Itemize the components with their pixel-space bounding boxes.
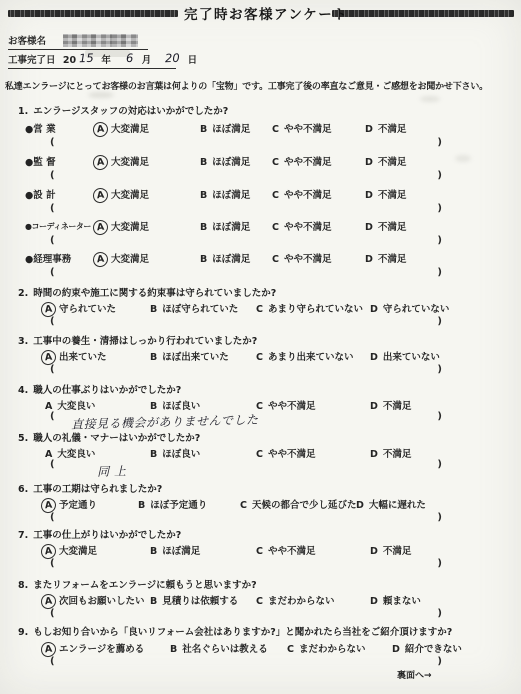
option-key: B	[170, 644, 177, 655]
option-b: Bほぼ出来ていた	[150, 349, 229, 363]
question-text: もしお知り合いから「良いリフォーム会社はありますか?」と聞かれたら当社をご紹介頂…	[33, 627, 452, 638]
option-label: 予定通り	[59, 500, 97, 511]
question-text: またリフォームをエンラージに頼もうと思いますか?	[33, 580, 256, 591]
paren-open: (	[50, 235, 55, 250]
option-b: Bほぼ守られていた	[150, 301, 238, 315]
paren-close: )	[437, 235, 442, 250]
option-label: 社名ぐらいは教える	[182, 644, 268, 655]
question-text: 工事中の養生・清掃はしっかり行われていましたか?	[33, 336, 257, 347]
paren-close: )	[437, 558, 442, 573]
option-key: C	[272, 254, 279, 265]
option-a: A出来ていた	[45, 349, 107, 365]
option-key: C	[256, 352, 263, 363]
option-label: 出来ていた	[59, 352, 107, 363]
option-label: 大変満足	[111, 190, 149, 201]
question-7-heading: 7.工事の仕上がりはいかがでしたか?	[18, 527, 181, 541]
comment-field: ( )	[50, 656, 442, 671]
completion-date-row: 工事完了日 20 15 年 6 月 20 日	[8, 52, 176, 69]
comment-field: ( )	[50, 267, 442, 282]
paren-open: (	[50, 459, 55, 474]
option-key: B	[200, 124, 207, 135]
option-c: Cやや不満足	[272, 154, 332, 168]
option-b: B社名ぐらいは教える	[170, 641, 268, 655]
question-2-options: A守られていた Bほぼ守られていた Cあまり守られていない D守られていない	[0, 301, 521, 316]
completion-date-label: 工事完了日	[8, 55, 56, 66]
answer-circle: A	[92, 187, 108, 203]
date-day-handwritten: 20	[164, 51, 179, 66]
option-a: A大変良い	[45, 398, 95, 412]
title-decorative-bar-right	[332, 10, 514, 17]
paren-close: )	[437, 512, 442, 527]
option-label: やや不満足	[284, 124, 332, 135]
option-a: A大変満足	[97, 219, 149, 235]
option-a: A大変良い	[45, 446, 95, 460]
option-b: Bほぼ予定通り	[138, 497, 207, 511]
option-b: Bほぼ良い	[150, 398, 200, 412]
comment-field: ( )	[50, 137, 442, 152]
option-label: やや不満足	[284, 222, 332, 233]
option-label: やや不満足	[284, 157, 332, 168]
staff-role-label: ●コーディネーター	[25, 221, 91, 232]
option-label: やや不満足	[284, 254, 332, 265]
option-c: Cやや不満足	[272, 187, 332, 201]
paren-close: )	[437, 316, 442, 331]
option-a: A大変満足	[97, 251, 149, 267]
option-label: 次回もお願いしたい	[59, 596, 145, 607]
option-key: B	[200, 157, 207, 168]
comment-field: ( )	[50, 608, 442, 623]
option-label: ほぼ出来ていた	[162, 352, 229, 363]
question-7-options: A大変満足 Bほぼ満足 Cやや不満足 D不満足	[0, 543, 521, 558]
page-title: 完了時お客様アンケート	[184, 3, 348, 23]
date-day-unit: 日	[188, 55, 198, 66]
option-label: ほぼ満足	[212, 254, 250, 265]
q1-row-design: ●設 計 A大変満足 Bほぼ満足 Cやや不満足 D不満足	[0, 187, 521, 202]
comment-field: ( )	[50, 203, 442, 218]
staff-role-label: ●監 督	[25, 154, 56, 168]
paren-open: (	[50, 364, 55, 379]
question-6-options: A予定通り Bほぼ予定通り C天候の都合で少し延びた D大幅に遅れた	[0, 497, 521, 512]
option-b: Bほぼ満足	[200, 251, 250, 265]
option-key: C	[272, 157, 279, 168]
staff-role-label: ●設 計	[25, 187, 56, 201]
comment-field: ( 同 上 )	[50, 459, 442, 474]
staff-role-label: ●営 業	[25, 121, 56, 135]
option-a: A次回もお願いしたい	[45, 593, 145, 609]
option-label: 大変満足	[111, 157, 149, 168]
option-key: B	[200, 190, 207, 201]
option-key: B	[150, 546, 157, 557]
date-month-handwritten: 6	[126, 51, 134, 65]
paren-open: (	[50, 411, 55, 426]
scan-noise	[420, 96, 440, 102]
question-8-options: A次回もお願いしたい B見積りは依頼する Cまだわからない D頼まない	[0, 593, 521, 608]
paren-open: (	[50, 558, 55, 573]
option-label: ほぼ満足	[212, 124, 250, 135]
paren-close: )	[437, 364, 442, 379]
answer-circle: A	[92, 121, 108, 137]
question-text: 工事の工期は守られましたか?	[33, 484, 162, 495]
option-b: Bほぼ満足	[200, 154, 250, 168]
question-number: 5.	[18, 433, 28, 444]
option-label: 見積りは依頼する	[162, 596, 238, 607]
title-decorative-bar-left	[8, 10, 178, 17]
option-key: C	[287, 644, 294, 655]
answer-circle: A	[92, 154, 108, 170]
option-key: C	[272, 190, 279, 201]
paren-open: (	[50, 512, 55, 527]
date-century-printed: 20	[63, 55, 76, 66]
q1-row-coordinator: ●コーディネーター A大変満足 Bほぼ満足 Cやや不満足 D不満足	[0, 219, 521, 234]
option-key: C	[256, 304, 263, 315]
option-label: ほぼ満足	[162, 546, 200, 557]
option-key: B	[150, 304, 157, 315]
option-b: Bほぼ良い	[150, 446, 200, 460]
option-c: Cやや不満足	[272, 219, 332, 233]
option-key: C	[272, 222, 279, 233]
option-key: C	[256, 546, 263, 557]
option-b: Bほぼ満足	[200, 187, 250, 201]
question-text: 工事の仕上がりはいかがでしたか?	[33, 530, 181, 541]
paren-open: (	[50, 203, 55, 218]
option-label: 大変満足	[111, 222, 149, 233]
paren-open: (	[50, 137, 55, 152]
back-page-note: 裏面へ→	[397, 668, 432, 681]
option-label: やや不満足	[268, 546, 316, 557]
comment-field: ( )	[50, 364, 442, 379]
paren-close: )	[437, 656, 442, 671]
option-a: A予定通り	[45, 497, 97, 513]
question-9-options: Aエンラージを薦める B社名ぐらいは教える Cまだわからない D紹介できない	[0, 641, 521, 656]
scanned-survey-document: 完了時お客様アンケート お客様名 工事完了日 20 15 年 6 月 20 日 …	[0, 0, 521, 694]
question-3-heading: 3.工事中の養生・清掃はしっかり行われていましたか?	[18, 333, 257, 347]
option-a: A大変満足	[97, 187, 149, 203]
option-label: 大変満足	[111, 124, 149, 135]
question-2-heading: 2.時間の約束や施工に関する約束事は守られていましたか?	[18, 285, 276, 299]
paren-close: )	[437, 608, 442, 623]
paren-open: (	[50, 316, 55, 331]
question-4-heading: 4.職人の仕事ぶりはいかがでしたか?	[18, 382, 181, 396]
q1-row-accounting: ●経理事務 A大変満足 Bほぼ満足 Cやや不満足 D不満足	[0, 251, 521, 266]
paren-close: )	[437, 267, 442, 282]
option-label: ほぼ満足	[212, 157, 250, 168]
customer-name-row: お客様名	[8, 33, 148, 50]
comment-field: ( )	[50, 170, 442, 185]
option-label: ほぼ守られていた	[162, 304, 238, 315]
staff-role-label: ●経理事務	[25, 251, 71, 265]
option-key: B	[200, 254, 207, 265]
date-month-unit: 月	[142, 55, 152, 66]
paren-open: (	[50, 608, 55, 623]
option-b: Bほぼ満足	[200, 219, 250, 233]
option-b: Bほぼ満足	[150, 543, 200, 557]
option-b: Bほぼ満足	[200, 121, 250, 135]
q1-row-supervisor: ●監 督 A大変満足 Bほぼ満足 Cやや不満足 D不満足	[0, 154, 521, 169]
comment-field: ( )	[50, 558, 442, 573]
option-b: B見積りは依頼する	[150, 593, 238, 607]
question-5-heading: 5.職人の礼儀・マナーはいかがでしたか?	[18, 430, 200, 444]
option-label: ほぼ予定通り	[150, 500, 207, 511]
question-number: 8.	[18, 580, 28, 591]
q1-row-sales: ●営 業 A大変満足 Bほぼ満足 Cやや不満足 D不満足	[0, 121, 521, 136]
question-number: 3.	[18, 336, 28, 347]
question-1-heading: 1.エンラージスタッフの対応はいかがでしたか?	[18, 103, 228, 117]
option-c: Cやや不満足	[256, 543, 316, 557]
option-key: C	[256, 596, 263, 607]
option-a: A大変満足	[97, 154, 149, 170]
date-year-handwritten: 15	[79, 51, 94, 66]
question-text: エンラージスタッフの対応はいかがでしたか?	[33, 106, 228, 117]
option-a: A大変満足	[97, 121, 149, 137]
answer-circle: A	[92, 219, 108, 235]
question-3-options: A出来ていた Bほぼ出来ていた Cあまり出来ていない D出来ていない	[0, 349, 521, 364]
option-label: エンラージを薦める	[59, 644, 144, 655]
paren-close: )	[437, 203, 442, 218]
paren-open: (	[50, 656, 55, 671]
option-a: Aエンラージを薦める	[45, 641, 144, 657]
question-text: 時間の約束や施工に関する約束事は守られていましたか?	[33, 288, 276, 299]
question-number: 4.	[18, 385, 28, 396]
option-label: ほぼ満足	[212, 190, 250, 201]
option-key: B	[150, 596, 157, 607]
comment-field: ( )	[50, 316, 442, 331]
option-key: B	[150, 352, 157, 363]
paren-open: (	[50, 170, 55, 185]
comment-field: ( 直接見る機会がありませんでした )	[50, 411, 442, 426]
option-a: A守られていた	[45, 301, 116, 317]
customer-name-redacted	[112, 34, 138, 47]
question-number: 9.	[18, 627, 28, 638]
option-key: C	[240, 500, 247, 511]
paren-close: )	[437, 411, 442, 426]
customer-name-label: お客様名	[8, 36, 46, 47]
question-number: 6.	[18, 484, 28, 495]
option-label: やや不満足	[284, 190, 332, 201]
comment-field: ( )	[50, 512, 442, 527]
option-c: Cやや不満足	[272, 251, 332, 265]
question-number: 1.	[18, 106, 28, 117]
option-c: Cやや不満足	[272, 121, 332, 135]
question-9-heading: 9.もしお知り合いから「良いリフォーム会社はありますか?」と聞かれたら当社をご紹…	[18, 624, 452, 638]
option-key: B	[138, 500, 145, 511]
option-c: Cまだわからない	[256, 593, 335, 607]
question-8-heading: 8.またリフォームをエンラージに頼もうと思いますか?	[18, 577, 257, 591]
question-text: 職人の礼儀・マナーはいかがでしたか?	[33, 433, 200, 444]
option-label: 大変満足	[59, 546, 97, 557]
question-text: 職人の仕事ぶりはいかがでしたか?	[33, 385, 181, 396]
scan-noise	[88, 92, 114, 98]
option-key: B	[200, 222, 207, 233]
question-6-heading: 6.工事の工期は守られましたか?	[18, 481, 162, 495]
answer-circle: A	[92, 251, 108, 267]
question-number: 7.	[18, 530, 28, 541]
option-label: ほぼ満足	[212, 222, 250, 233]
option-key: C	[272, 124, 279, 135]
date-year-unit: 年	[101, 55, 111, 66]
paren-close: )	[437, 170, 442, 185]
option-a: A大変満足	[45, 543, 97, 559]
question-number: 2.	[18, 288, 28, 299]
paren-close: )	[437, 459, 442, 474]
paren-close: )	[437, 137, 442, 152]
option-label: 守られていた	[59, 304, 116, 315]
intro-text: 私達エンラージにとってお客様のお言葉は何よりの「宝物」です。工事完了後の率直なご…	[5, 79, 520, 92]
comment-field: ( )	[50, 235, 442, 250]
option-label: 大変満足	[111, 254, 149, 265]
paren-open: (	[50, 267, 55, 282]
